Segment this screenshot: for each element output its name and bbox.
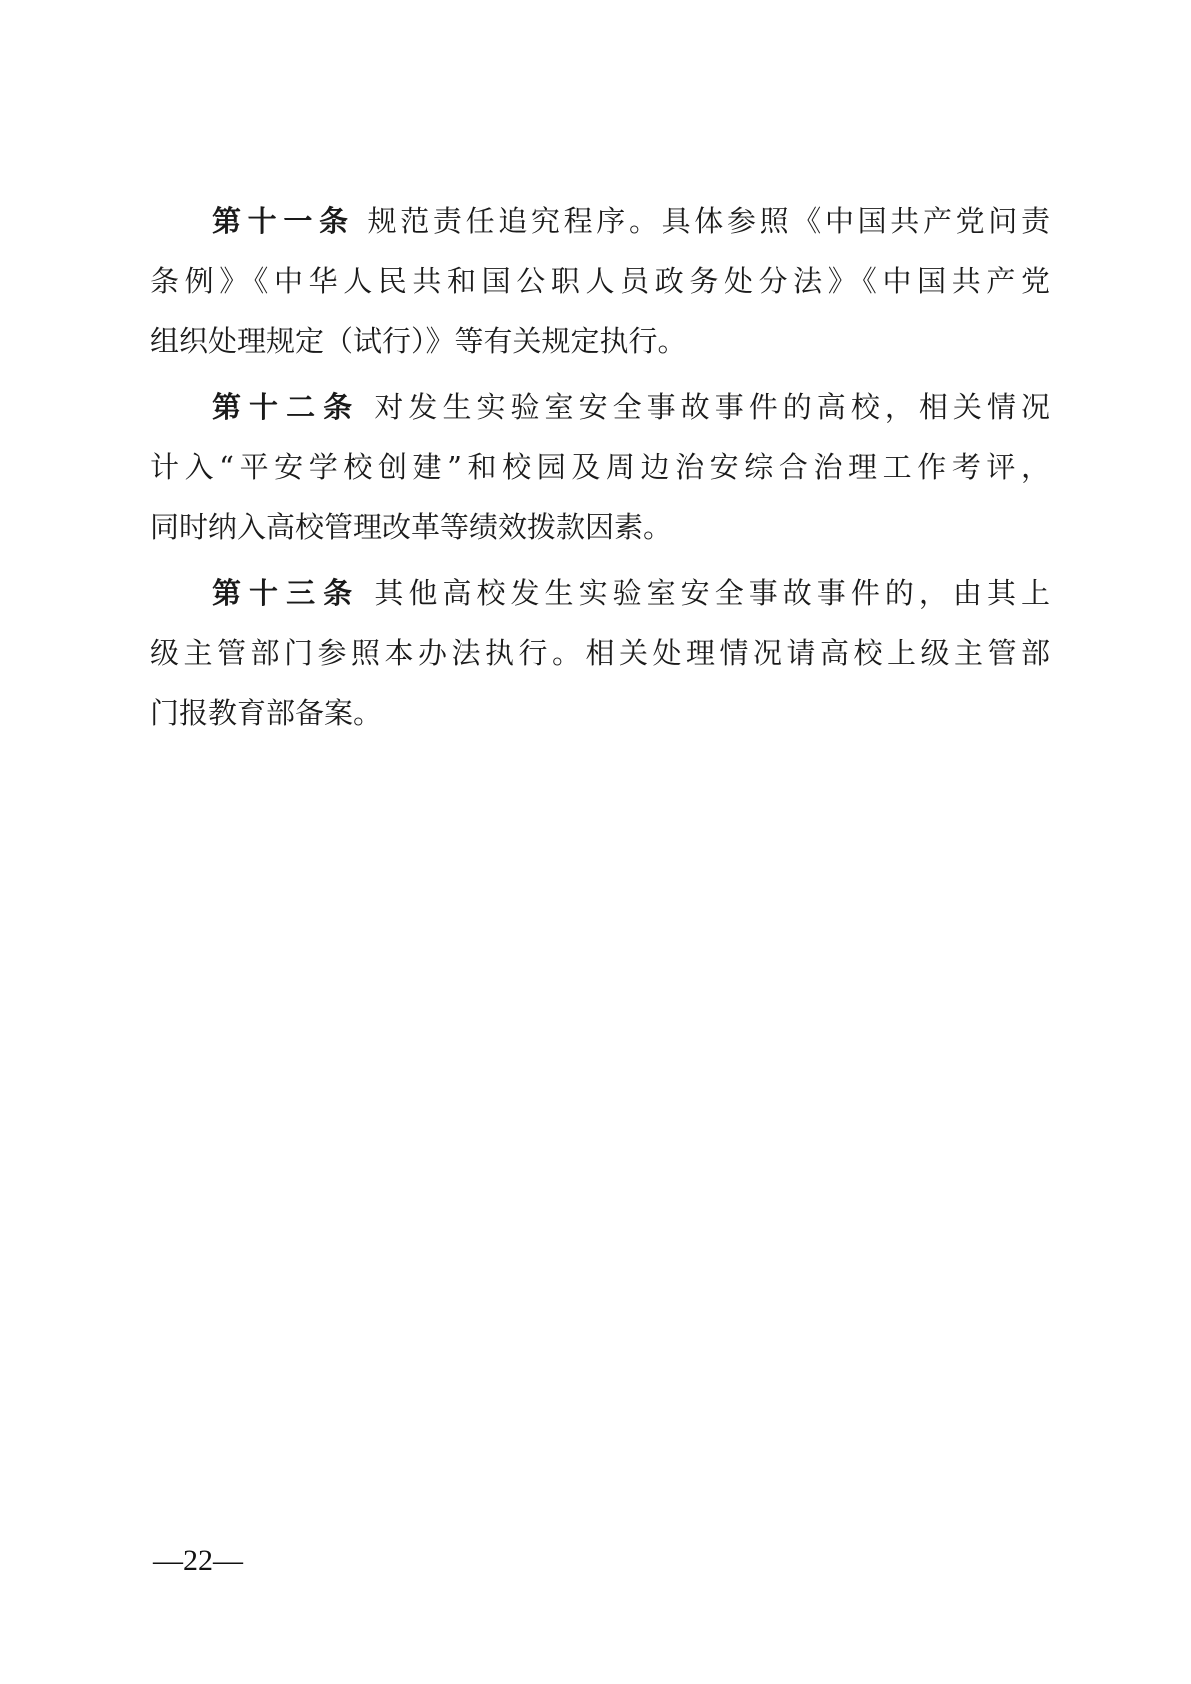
article-13-line-1: 第十三条 其他高校发生实验室安全事故事件的，由其上 — [212, 573, 1050, 613]
article-11-heading: 第十一条 — [212, 204, 355, 238]
article-11-text-1: 规范责任追究程序。具体参照《中国共产党问责 — [368, 204, 1050, 238]
article-13-text-1: 其他高校发生实验室安全事故事件的，由其上 — [374, 576, 1050, 610]
article-12-line-3: 同时纳入高校管理改革等绩效拨款因素。 — [150, 507, 672, 547]
article-12-line-1: 第十二条 对发生实验室安全事故事件的高校，相关情况 — [212, 387, 1050, 427]
article-11-line-3: 组织处理规定（试行）》等有关规定执行。 — [150, 321, 687, 361]
article-13-line-3: 门报教育部备案。 — [150, 693, 382, 733]
article-12-line-2: 计入“平安学校创建”和校园及周边治安综合治理工作考评， — [150, 447, 1050, 487]
article-12-text-1: 对发生实验室安全事故事件的高校，相关情况 — [374, 390, 1050, 424]
document-page: 第十一条 规范责任追究程序。具体参照《中国共产党问责 条例》《中华人民共和国公职… — [0, 0, 1191, 1684]
page-number: —22— — [153, 1541, 243, 1581]
article-13-heading: 第十三条 — [212, 576, 360, 610]
article-11-line-2: 条例》《中华人民共和国公职人员政务处分法》《中国共产党 — [150, 261, 1050, 301]
article-13-line-2: 级主管部门参照本办法执行。相关处理情况请高校上级主管部 — [150, 633, 1050, 673]
article-11-line-1: 第十一条 规范责任追究程序。具体参照《中国共产党问责 — [212, 201, 1050, 241]
article-12-heading: 第十二条 — [212, 390, 360, 424]
